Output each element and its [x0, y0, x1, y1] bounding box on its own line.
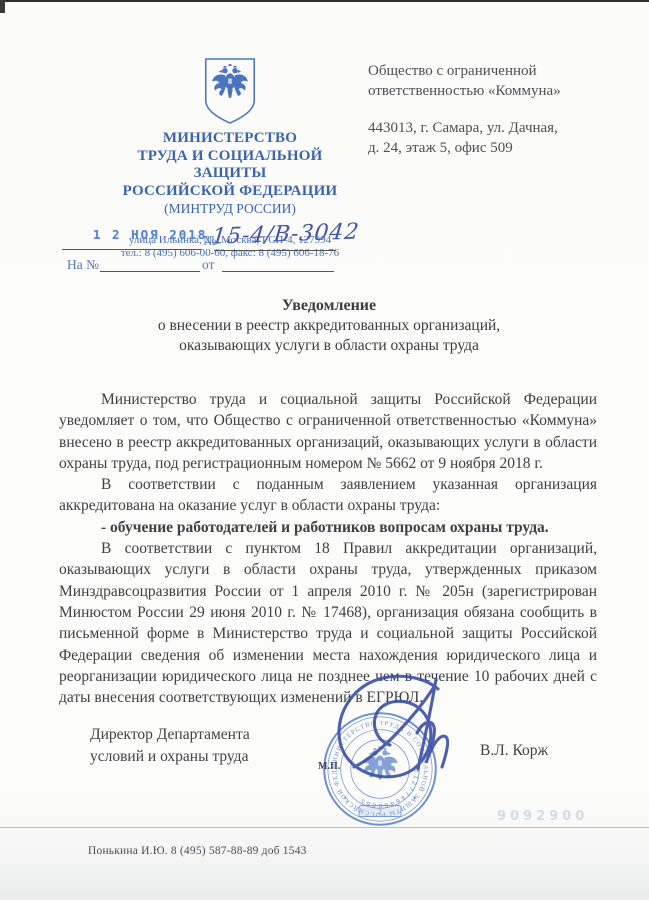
- reply-date-label: от: [202, 257, 214, 273]
- reply-date-underline: [222, 271, 334, 272]
- recipient-name-line1: Общество с ограниченной: [368, 62, 618, 82]
- recipient-address-line1: 443013, г. Самара, ул. Дачная,: [368, 119, 618, 139]
- reply-number-underline: [100, 271, 200, 272]
- title-subtitle-line1: о внесении в реестр аккредитованных орга…: [59, 316, 599, 336]
- outgoing-number-handwritten: 15-4/В-3042: [211, 219, 361, 249]
- number-underline: [214, 250, 336, 251]
- faint-bleedthrough-digits: 9092900: [497, 809, 588, 824]
- fold-crease-line: [0, 827, 649, 828]
- title-heading: Уведомление: [59, 296, 599, 316]
- accredited-service-item: - обучение работодателей и работников во…: [59, 517, 597, 538]
- recipient-address-line2: д. 24, этаж 5, офис 509: [368, 139, 618, 159]
- body-paragraph-2: В соответствии с поданным заявлением ука…: [59, 474, 597, 517]
- signer-position: Директор Департамента условий и охраны т…: [90, 724, 310, 768]
- document-title: Уведомление о внесении в реестр аккредит…: [59, 296, 599, 356]
- stamp-banner-number: 2: [378, 807, 382, 816]
- body-paragraph-1: Министерство труда и социальной защиты Р…: [59, 389, 597, 474]
- letter-body: Министерство труда и социальной защиты Р…: [59, 389, 597, 708]
- ministry-name-line1: МИНИСТЕРСТВО: [100, 130, 360, 148]
- reply-number-label: На №: [67, 257, 99, 273]
- recipient-block: Общество с ограниченной ответственностью…: [368, 62, 618, 158]
- scanned-letter: МИНИСТЕРСТВО ТРУДА И СОЦИАЛЬНОЙ ЗАЩИТЫ Р…: [0, 0, 649, 900]
- handwritten-signature: [320, 671, 470, 801]
- ministry-name-line3: РОССИЙСКОЙ ФЕДЕРАЦИИ: [100, 183, 360, 201]
- recipient-name-line2: ответственностью «Коммуна»: [368, 82, 618, 102]
- signer-position-line1: Директор Департамента: [90, 724, 310, 746]
- signer-name: В.Л. Корж: [480, 742, 548, 760]
- date-underline: [62, 249, 202, 250]
- executor-contact: Понькина И.Ю. 8 (495) 587-88-89 доб 1543: [88, 845, 307, 857]
- coat-of-arms-icon: [198, 56, 262, 128]
- scan-edge-artifact: [0, 0, 649, 2]
- ministry-short-name: (МИНТРУД РОССИИ): [100, 201, 360, 217]
- title-subtitle-line2: оказывающих услуги в области охраны труд…: [59, 336, 599, 356]
- ministry-name-line2: ТРУДА И СОЦИАЛЬНОЙ ЗАЩИТЫ: [100, 148, 360, 183]
- signer-position-line2: условий и охраны труда: [90, 746, 310, 768]
- scan-corner-artifact: [0, 0, 5, 13]
